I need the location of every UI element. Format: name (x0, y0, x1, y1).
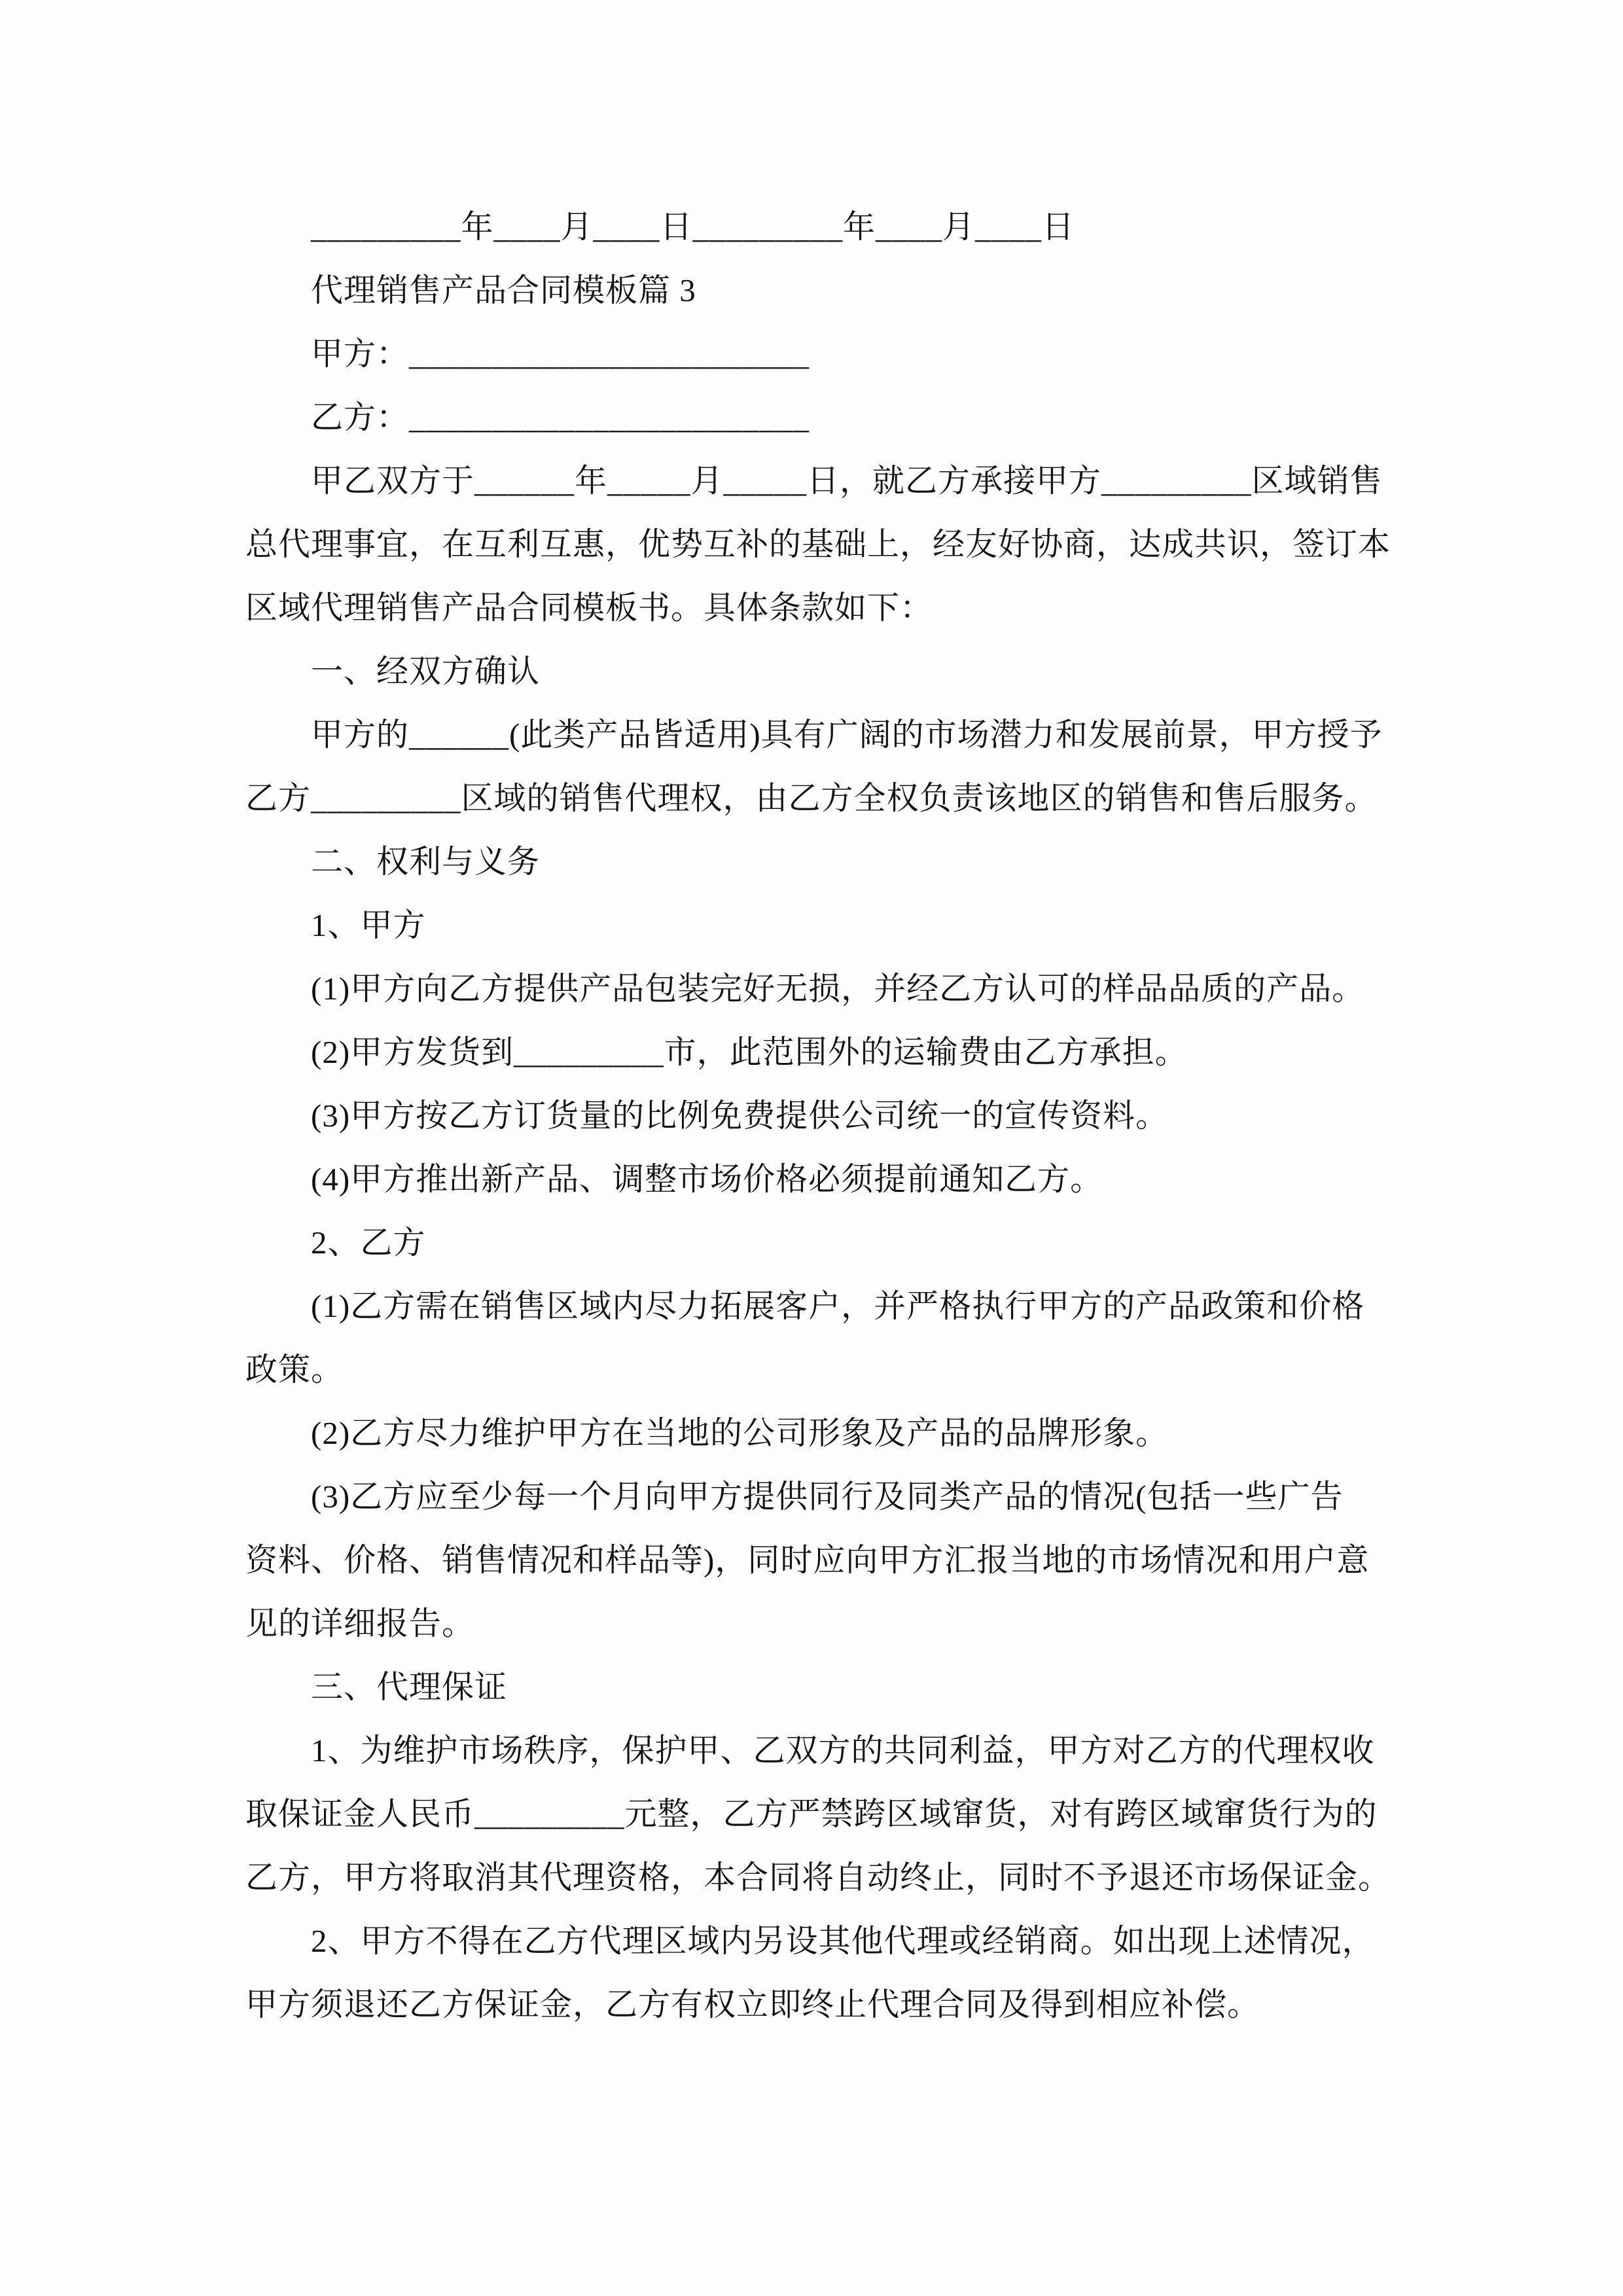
document-line: 甲方须退还乙方保证金，乙方有权立即终止代理合同及得到相应补偿。 (245, 1973, 1410, 2036)
document-line: 资料、价格、销售情况和样品等)，同时应向甲方汇报当地的市场情况和用户意 (245, 1528, 1410, 1592)
document-line: 甲方的______(此类产品皆适用)具有广阔的市场潜力和发展前景，甲方授予 (245, 703, 1410, 766)
document-line: 2、乙方 (245, 1211, 1410, 1274)
document-line: _________年____月____日_________年____月____日 (245, 195, 1410, 259)
document-line: (1)甲方向乙方提供产品包装完好无损，并经乙方认可的样品品质的产品。 (245, 957, 1410, 1020)
document-line: 三、代理保证 (245, 1655, 1410, 1719)
document-line: 区域代理销售产品合同模板书。具体条款如下： (245, 576, 1410, 639)
document-line: (1)乙方需在销售区域内尽力拓展客户，并严格执行甲方的产品政策和价格 (245, 1274, 1410, 1338)
document-line: 1、为维护市场秩序，保护甲、乙双方的共同利益，甲方对乙方的代理权收 (245, 1719, 1410, 1782)
document-content: _________年____月____日_________年____月____日… (245, 195, 1410, 2036)
document-line: 取保证金人民币_________元整，乙方严禁跨区域窜货，对有跨区域窜货行为的 (245, 1782, 1410, 1846)
document-line: 政策。 (245, 1338, 1410, 1401)
document-line: 甲方：________________________ (245, 322, 1410, 386)
document-line: 1、甲方 (245, 893, 1410, 957)
document-line: 总代理事宜，在互利互惠，优势互补的基础上，经友好协商，达成共识，签订本 (245, 512, 1410, 576)
document-line: 一、经双方确认 (245, 639, 1410, 703)
document-line: (2)甲方发货到_________市，此范围外的运输费由乙方承担。 (245, 1020, 1410, 1084)
document-line: (3)乙方应至少每一个月向甲方提供同行及同类产品的情况(包括一些广告 (245, 1465, 1410, 1528)
document-line: 代理销售产品合同模板篇 3 (245, 259, 1410, 322)
document-line: 乙方_________区域的销售代理权，由乙方全权负责该地区的销售和售后服务。 (245, 766, 1410, 830)
document-line: 二、权利与义务 (245, 830, 1410, 893)
document-line: 乙方，甲方将取消其代理资格，本合同将自动终止，同时不予退还市场保证金。 (245, 1846, 1410, 1909)
document-line: 见的详细报告。 (245, 1592, 1410, 1655)
document-line: 乙方：________________________ (245, 386, 1410, 449)
document-line: 2、甲方不得在乙方代理区域内另设其他代理或经销商。如出现上述情况， (245, 1909, 1410, 1973)
document-line: 甲乙双方于______年_____月_____日，就乙方承接甲方________… (245, 449, 1410, 512)
document-line: (2)乙方尽力维护甲方在当地的公司形象及产品的品牌形象。 (245, 1401, 1410, 1465)
document-line: (4)甲方推出新产品、调整市场价格必须提前通知乙方。 (245, 1147, 1410, 1211)
document-line: (3)甲方按乙方订货量的比例免费提供公司统一的宣传资料。 (245, 1084, 1410, 1147)
document-page: _________年____月____日_________年____月____日… (0, 0, 1623, 2296)
